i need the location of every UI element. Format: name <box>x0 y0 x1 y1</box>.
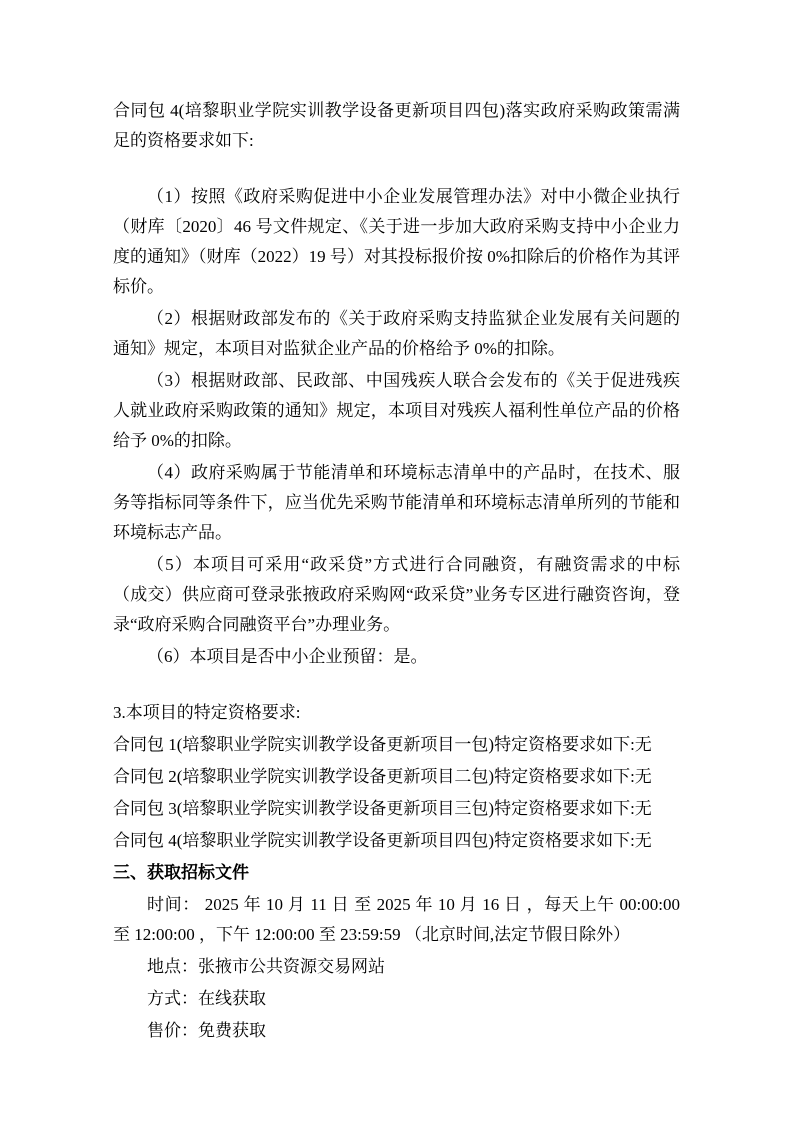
acquisition-time: 时间： 2025 年 10 月 11 日 至 2025 年 10 月 16 日 … <box>113 890 680 950</box>
specific-requirement-item-2: 合同包 2(培黎职业学院实训教学设备更新项目二包)特定资格要求如下:无 <box>113 762 680 792</box>
specific-requirement-item-4: 合同包 4(培黎职业学院实训教学设备更新项目四包)特定资格要求如下:无 <box>113 826 680 856</box>
policy-item-1: （1）按照《政府采购促进中小企业发展管理办法》对中小微企业执行（财库〔2020〕… <box>113 182 680 302</box>
acquisition-location: 地点：张掖市公共资源交易网站 <box>113 952 680 982</box>
policy-item-4: （4）政府采购属于节能清单和环境标志清单中的产品时，在技术、服务等指标同等条件下… <box>113 458 680 548</box>
specific-requirement-item-3: 合同包 3(培黎职业学院实训教学设备更新项目三包)特定资格要求如下:无 <box>113 794 680 824</box>
policy-item-3: （3）根据财政部、民政部、中国残疾人联合会发布的《关于促进残疾人就业政府采购政策… <box>113 366 680 456</box>
policy-item-2: （2）根据财政部发布的《关于政府采购支持监狱企业发展有关问题的通知》规定，本项目… <box>113 304 680 364</box>
intro-paragraph: 合同包 4(培黎职业学院实训教学设备更新项目四包)落实政府采购政策需满足的资格要… <box>113 96 680 156</box>
specific-requirement-item-1: 合同包 1(培黎职业学院实训教学设备更新项目一包)特定资格要求如下:无 <box>113 730 680 760</box>
document-page: 合同包 4(培黎职业学院实训教学设备更新项目四包)落实政府采购政策需满足的资格要… <box>0 0 793 1122</box>
acquisition-method: 方式：在线获取 <box>113 984 680 1014</box>
acquisition-price: 售价：免费获取 <box>113 1016 680 1046</box>
policy-item-6: （6）本项目是否中小企业预留：是。 <box>113 642 680 672</box>
policy-item-5: （5）本项目可采用“政采贷”方式进行合同融资，有融资需求的中标（成交）供应商可登… <box>113 550 680 640</box>
section-heading: 三、获取招标文件 <box>113 858 680 888</box>
specific-requirements-title: 3.本项目的特定资格要求: <box>113 698 680 728</box>
